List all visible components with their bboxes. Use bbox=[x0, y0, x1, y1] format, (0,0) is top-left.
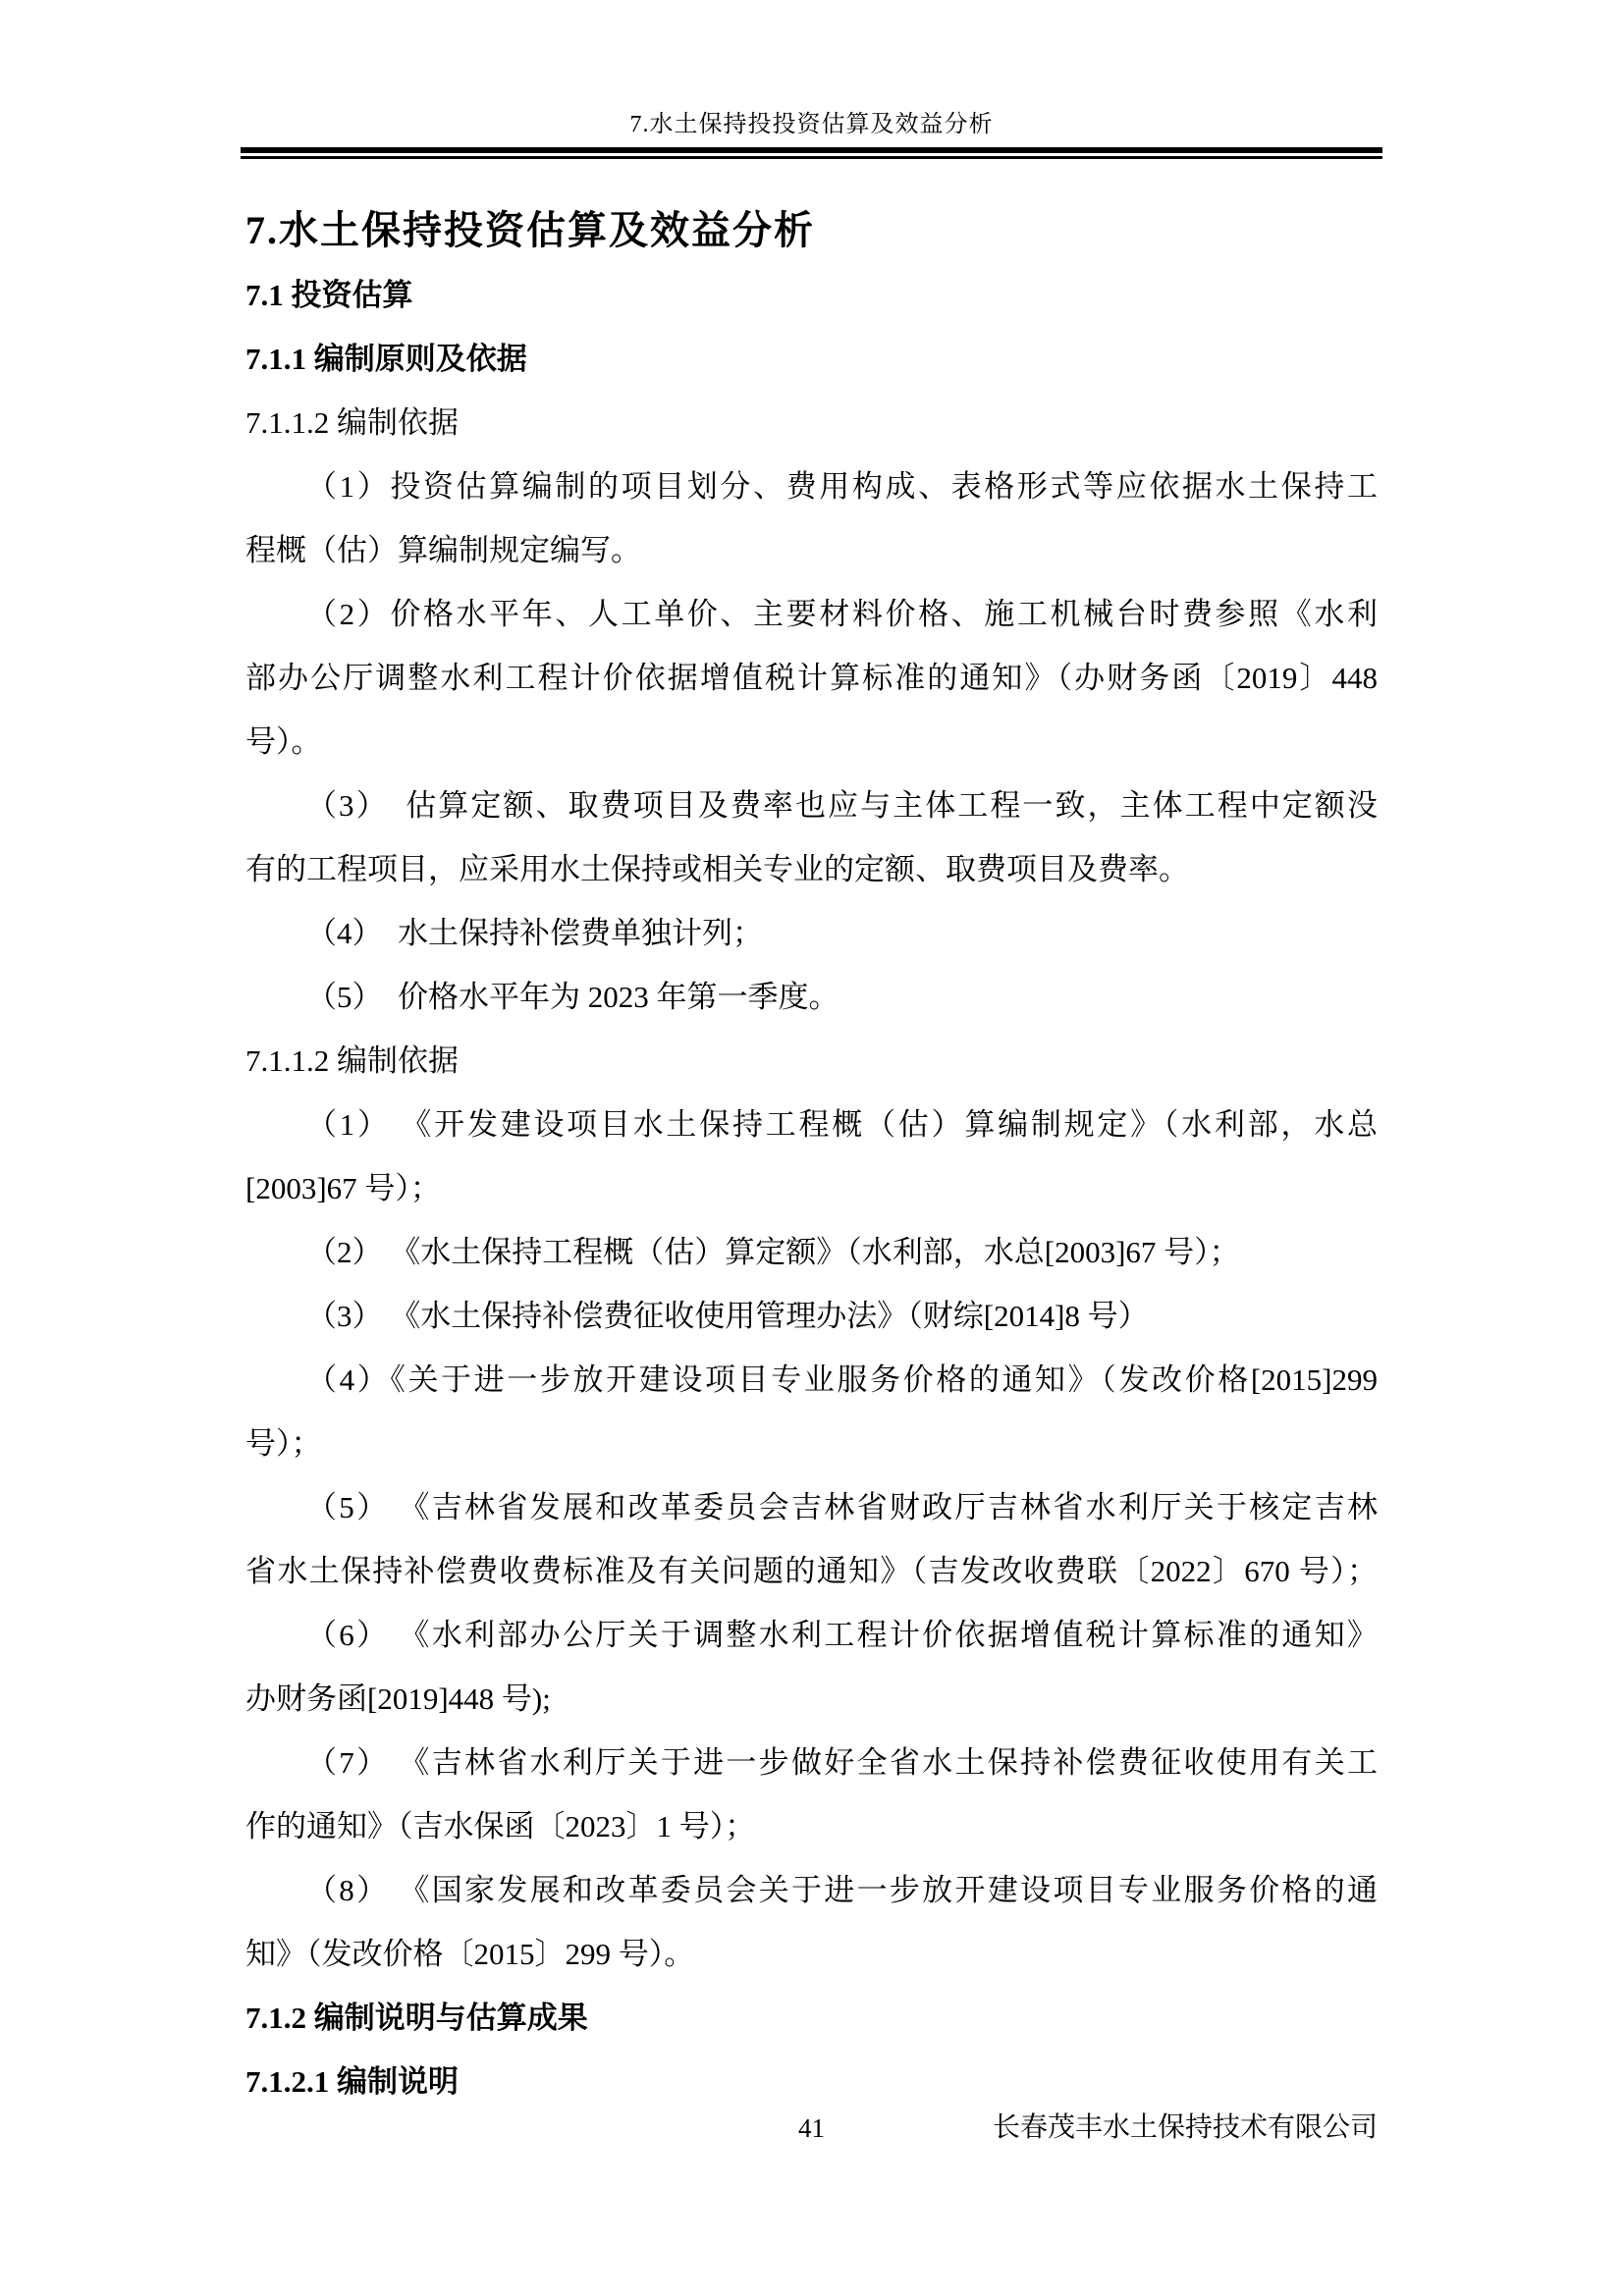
page-title: 7.水土保持投资估算及效益分析 bbox=[245, 198, 1378, 263]
body-text-line: 有的工程项目，应采用水土保持或相关专业的定额、取费项目及费率。 bbox=[245, 837, 1378, 901]
body-text-line: （2） 《水土保持工程概（估）算定额》（水利部，水总[2003]67 号）； bbox=[245, 1220, 1378, 1284]
body-text-line: 办财务函[2019]448 号); bbox=[245, 1667, 1378, 1731]
section-heading: 7.1.1 编制原则及依据 bbox=[245, 327, 1378, 391]
page-content: 7.水土保持投投资估算及效益分析 7.水土保持投资估算及效益分析 7.1 投资估… bbox=[245, 110, 1378, 2113]
body-text-line: （1） 《开发建设项目水土保持工程概（估）算编制规定》（水利部，水总 bbox=[245, 1093, 1378, 1156]
document-page: 7.水土保持投投资估算及效益分析 7.水土保持投资估算及效益分析 7.1 投资估… bbox=[0, 0, 1624, 2296]
body-text-line: （4）《关于进一步放开建设项目专业服务价格的通知》（发改价格[2015]299 bbox=[245, 1348, 1378, 1412]
subsection-heading: 7.1.1.2 编制依据 bbox=[245, 1029, 1378, 1093]
company-name: 长春茂丰水土保持技术有限公司 bbox=[993, 2110, 1378, 2146]
body-text-line: （2）价格水平年、人工单价、主要材料价格、施工机械台时费参照《水利 bbox=[245, 582, 1378, 646]
body-text-line: 号）； bbox=[245, 1412, 1378, 1475]
page-footer: 41 长春茂丰水土保持技术有限公司 bbox=[245, 2110, 1378, 2150]
running-header-text: 7.水土保持投投资估算及效益分析 bbox=[630, 112, 994, 137]
body-text-line: （5） 《吉林省发展和改革委员会吉林省财政厅吉林省水利厅关于核定吉林 bbox=[245, 1475, 1378, 1539]
page-number: 41 bbox=[798, 2113, 825, 2143]
body-text-line: 知》（发改价格〔2015〕299 号）。 bbox=[245, 1922, 1378, 1986]
subsection-heading: 7.1.1.2 编制依据 bbox=[245, 391, 1378, 454]
document-body: 7.1 投资估算7.1.1 编制原则及依据7.1.1.2 编制依据（1）投资估算… bbox=[245, 263, 1378, 2113]
body-text-line: （1）投资估算编制的项目划分、费用构成、表格形式等应依据水土保持工 bbox=[245, 454, 1378, 518]
body-text-line: （7） 《吉林省水利厅关于进一步做好全省水土保持补偿费征收使用有关工 bbox=[245, 1731, 1378, 1794]
body-text-line: （4） 水土保持补偿费单独计列； bbox=[245, 901, 1378, 965]
body-text-line: 作的通知》（吉水保函〔2023〕1 号）； bbox=[245, 1794, 1378, 1858]
body-text-line: （6） 《水利部办公厅关于调整水利工程计价依据增值税计算标准的通知》 bbox=[245, 1603, 1378, 1667]
body-text-line: （5） 价格水平年为 2023 年第一季度。 bbox=[245, 965, 1378, 1029]
body-text-line: 号）。 bbox=[245, 710, 1378, 774]
section-heading: 7.1 投资估算 bbox=[245, 263, 1378, 327]
body-text-line: 省水土保持补偿费收费标准及有关问题的通知》（吉发改收费联〔2022〕670 号）… bbox=[245, 1539, 1378, 1603]
header-rule bbox=[241, 147, 1382, 159]
running-header: 7.水土保持投投资估算及效益分析 bbox=[245, 110, 1378, 139]
section-heading: 7.1.2 编制说明与估算成果 bbox=[245, 1986, 1378, 2050]
body-text-line: [2003]67 号）； bbox=[245, 1156, 1378, 1220]
body-text-line: 部办公厅调整水利工程计价依据增值税计算标准的通知》（办财务函〔2019〕448 bbox=[245, 646, 1378, 710]
body-text-line: （3） 《水土保持补偿费征收使用管理办法》（财综[2014]8 号） bbox=[245, 1284, 1378, 1348]
body-text-line: 程概（估）算编制规定编写。 bbox=[245, 518, 1378, 582]
section-heading: 7.1.2.1 编制说明 bbox=[245, 2050, 1378, 2113]
body-text-line: （8） 《国家发展和改革委员会关于进一步放开建设项目专业服务价格的通 bbox=[245, 1858, 1378, 1922]
body-text-line: （3） 估算定额、取费项目及费率也应与主体工程一致，主体工程中定额没 bbox=[245, 774, 1378, 837]
